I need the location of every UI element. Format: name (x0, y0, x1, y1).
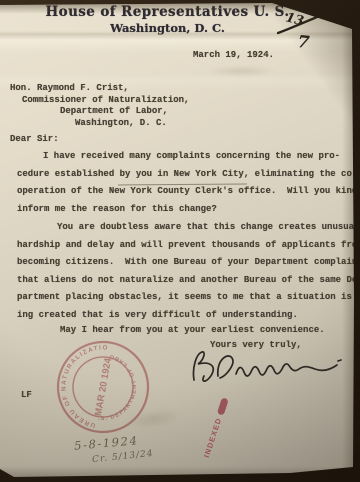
ghost-offset-smudge (205, 66, 277, 76)
date-line: March 19, 1924. (193, 50, 274, 60)
paragraph1-line: cedure established by you in New York Ci… (17, 166, 360, 184)
paragraph2-line: partment placing obstacles, it seems to … (17, 289, 360, 307)
indexed-stamp: INDEXED (202, 397, 230, 459)
paragraph2-line: becoming citizens. With one Bureau of yo… (17, 254, 360, 272)
pencil-note-reference: Cr. 5/13/24 (92, 449, 154, 465)
indexed-stamp-label: INDEXED (202, 416, 223, 458)
salutation: Dear Sir: (10, 134, 59, 144)
paragraph2-line: You are doubtless aware that this change… (17, 219, 360, 237)
paragraph2-line: hardship and delay and will prevent thou… (17, 237, 360, 255)
typist-initials: LF (21, 390, 32, 400)
paragraph1-line: I have received many complaints concerni… (17, 148, 360, 166)
signature-laguardia (180, 346, 350, 388)
letterhead-title: House of Representatives U. S. (30, 4, 305, 20)
letterhead-city: Washington, D. C. (30, 21, 305, 35)
recipient-name: Hon. Raymond F. Crist, (10, 83, 189, 95)
fraction-denominator: 7 (296, 32, 310, 53)
letter-paper: House of Representatives U. S. Washingto… (0, 0, 360, 482)
stamp-center-date: MAR 20 1924 (93, 357, 114, 417)
paragraph2-line: that aliens do not naturalize and anothe… (17, 272, 360, 290)
recipient-city: Washington, D. C. (10, 118, 189, 130)
body-paragraph-2: You are doubtless aware that this change… (17, 219, 360, 325)
paragraph1-line: operation of the New York County Clerk's… (17, 183, 360, 201)
letterhead: House of Representatives U. S. Washingto… (30, 4, 305, 35)
paragraph2-line: ing created that is very difficult of un… (17, 307, 360, 325)
handwritten-file-number: 13 7 (277, 5, 323, 53)
indexed-stamp-smear (217, 398, 229, 416)
photo-of-letter: House of Representatives U. S. Washingto… (0, 0, 360, 482)
recipient-address: Hon. Raymond F. Crist, Commissioner of N… (10, 83, 189, 129)
recipient-title: Commissioner of Naturalization, (10, 95, 189, 107)
recipient-department: Department of Labor, (10, 106, 189, 118)
signature-stroke (193, 352, 341, 381)
paragraph1-line: inform me the reason for this change? (17, 201, 360, 219)
